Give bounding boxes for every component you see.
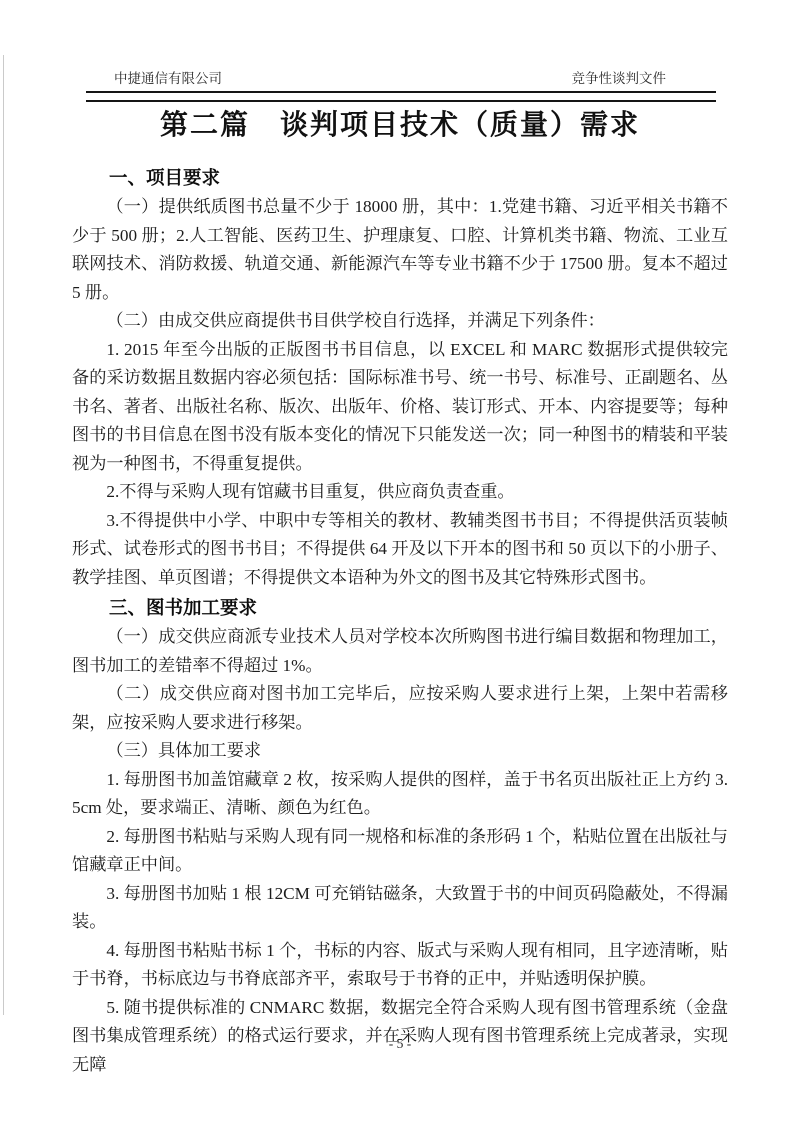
paragraph: （一）提供纸质图书总量不少于 18000 册，其中：1.党建书籍、习近平相关书籍…: [72, 193, 728, 307]
header-double-rule: [86, 91, 716, 102]
header-row: 中捷通信有限公司 竞争性谈判文件: [86, 70, 716, 88]
document-page: 中捷通信有限公司 竞争性谈判文件 第二篇 谈判项目技术（质量）需求 一、项目要求…: [0, 0, 794, 1122]
page-header: 中捷通信有限公司 竞争性谈判文件: [86, 70, 716, 102]
paragraph: （二）由成交供应商提供书目供学校自行选择，并满足下列条件：: [72, 307, 728, 336]
document-body: 第二篇 谈判项目技术（质量）需求 一、项目要求 （一）提供纸质图书总量不少于 1…: [72, 106, 728, 1079]
page-footer: - 5 -: [72, 1036, 728, 1052]
paragraph: 2. 每册图书粘贴与采购人现有同一规格和标准的条形码 1 个，粘贴位置在出版社与…: [72, 823, 728, 880]
header-company-name: 中捷通信有限公司: [114, 70, 222, 88]
paragraph: （一）成交供应商派专业技术人员对学校本次所购图书进行编目数据和物理加工，图书加工…: [72, 623, 728, 680]
paragraph: 3.不得提供中小学、中职中专等相关的教材、教辅类图书书目；不得提供活页装帧形式、…: [72, 507, 728, 593]
paragraph: 1. 每册图书加盖馆藏章 2 枚，按采购人提供的图样，盖于书名页出版社正上方约 …: [72, 766, 728, 823]
section-heading-project-requirements: 一、项目要求: [72, 162, 728, 193]
paragraph: 1. 2015 年至今出版的正版图书书目信息，以 EXCEL 和 MARC 数据…: [72, 336, 728, 479]
scan-edge-line: [3, 55, 4, 1015]
paragraph: 4. 每册图书粘贴书标 1 个，书标的内容、版式与采购人现有相同，且字迹清晰，贴…: [72, 937, 728, 994]
page-number: - 5 -: [389, 1036, 412, 1051]
section-heading-book-processing-requirements: 三、图书加工要求: [72, 592, 728, 623]
paragraph: （三）具体加工要求: [72, 737, 728, 766]
paragraph: 3. 每册图书加贴 1 根 12CM 可充销钴磁条，大致置于书的中间页码隐蔽处，…: [72, 880, 728, 937]
paragraph: 2.不得与采购人现有馆藏书目重复，供应商负责查重。: [72, 478, 728, 507]
document-title: 第二篇 谈判项目技术（质量）需求: [72, 106, 728, 146]
paragraph: （二）成交供应商对图书加工完毕后，应按采购人要求进行上架，上架中若需移架，应按采…: [72, 680, 728, 737]
header-doc-type: 竞争性谈判文件: [572, 70, 667, 88]
